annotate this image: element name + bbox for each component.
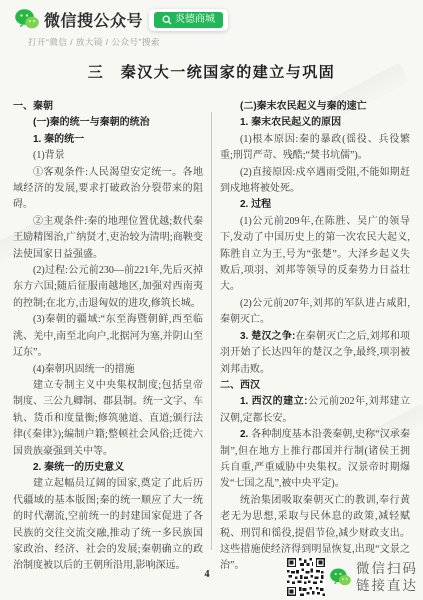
paragraph: ①客观条件:人民渴望安定统一。各地域经济的发展,要求打破政治分裂带来的阻碍。	[13, 165, 203, 214]
paragraph: (3)秦朝的疆域:“东至海暨朝鲜,西至临洮、羌中,南至北向户,北据河为塞,并阴山…	[13, 312, 203, 361]
qr-code	[287, 558, 325, 596]
scan-footer: 微信扫码 链接直达	[287, 558, 418, 596]
paragraph-text: 建立起幅员辽阔的国家,奠定了此后历代疆域的基本版图;秦的统一顺应了大一统的时代潮…	[13, 478, 203, 571]
paragraph-text: (1)根本原因:秦的暴政(徭役、兵役繁重;刑罚严苛、残酷;“焚书坑儒”)。	[220, 134, 410, 161]
paragraph: ②主观条件:秦的地理位置优越;数代秦王励精图治,广纳贤才,吏治较为清明;商鞅变法…	[13, 214, 203, 263]
banner-title: 微信搜公众号	[44, 8, 143, 31]
paragraph-text: ①客观条件:人民渴望安定统一。各地域经济的发展,要求打破政治分裂带来的阻碍。	[13, 167, 203, 211]
scan-line-2: 链接直达	[356, 577, 418, 594]
paragraph-text: ②主观条件:秦的地理位置优越;数代秦王励精图治,广纳贤才,吏治较为清明;商鞅变法…	[13, 216, 203, 260]
paragraph: (1)根本原因:秦的暴政(徭役、兵役繁重;刑罚严苛、残酷;“焚书坑儒”)。	[220, 132, 410, 165]
paragraph: 1. 西汉的建立:公元前202年,刘邦建立汉朝,定都长安。	[220, 394, 410, 427]
search-badge-label: 炎德商城	[175, 14, 215, 26]
paragraph: (2)过程:公元前230—前221年,先后灭掉东方六国;随后征服南越地区,加强对…	[13, 263, 203, 312]
wechat-icon	[15, 9, 39, 30]
content-columns: 一、秦朝 (一)秦的统一与秦朝的统治 1. 秦的统一 (1)背景 ①客观条件:人…	[13, 99, 411, 550]
section-heading: (一)秦的统一与秦朝的统治	[13, 115, 203, 131]
paragraph: 3. 楚汉之争:在秦朝灭亡之后,刘邦和项羽开始了长达四年的楚汉之争,最终,项羽被…	[220, 329, 410, 378]
paragraph-lead: (一)秦的统一与秦朝的统治	[33, 117, 150, 128]
section-heading: 1. 秦的统一	[13, 132, 203, 148]
paragraph-text: 建立专制主义中央集权制度;包括皇帝制度、三公九卿制、郡县制。统一文字、车轨、货币…	[13, 380, 203, 457]
paragraph-text: (3)秦朝的疆域:“东至海暨朝鲜,西至临洮、羌中,南至北向户,北据河为塞,并阴山…	[13, 314, 203, 358]
paragraph-lead: 2.	[240, 429, 251, 440]
paragraph-lead: 二、西汉	[220, 380, 260, 391]
page-title: 三 秦汉大一统国家的建立与巩固	[0, 61, 423, 82]
wechat-search-banner: 微信搜公众号 炎德商城 打开“微信 / 放大镜 / 公众号”搜索	[15, 8, 228, 48]
paragraph: 建立起幅员辽阔的国家,奠定了此后历代疆域的基本版图;秦的统一顺应了大一统的时代潮…	[13, 476, 203, 574]
section-heading: 1. 秦末农民起义的原因	[220, 115, 410, 131]
paragraph-text: (1)背景	[33, 150, 65, 161]
section-heading: 二、西汉	[220, 378, 410, 394]
paragraph-text: (1)公元前209年,在陈胜、吴广的领导下,发动了中国历史上的第一次农民大起义,…	[220, 216, 410, 293]
paragraph: (2)公元前207年,刘邦的军队进占咸阳,秦朝灭亡。	[220, 296, 410, 329]
paragraph: (4)秦朝巩固统一的措施	[13, 362, 203, 378]
banner-hint: 打开“微信 / 放大镜 / 公众号”搜索	[28, 36, 228, 48]
scan-line-1: 微信扫码	[356, 560, 418, 577]
right-column: (二)秦末农民起义与秦的速亡 1. 秦末农民起义的原因 (1)根本原因:秦的暴政…	[220, 99, 410, 550]
paragraph-lead: 一、秦朝	[13, 101, 53, 112]
scan-text: 微信扫码 链接直达	[356, 560, 418, 594]
paragraph-lead: 1. 秦末农民起义的原因	[240, 117, 341, 128]
paragraph-lead: 2. 过程	[240, 199, 271, 210]
paragraph-lead: 1. 西汉的建立:	[240, 396, 307, 407]
paragraph: 2. 各种制度基本沿袭秦朝,史称“汉承秦制”,但在地方上推行郡国并行制(诸侯王拥…	[220, 427, 410, 493]
section-heading: 一、秦朝	[13, 99, 203, 115]
paragraph: (2)直接原因:戍卒遇雨受阻,不能如期赶到戍地将被处死。	[220, 165, 410, 198]
search-icon	[162, 15, 172, 25]
paragraph-text: (2)直接原因:戍卒遇雨受阻,不能如期赶到戍地将被处死。	[220, 167, 410, 194]
column-divider	[211, 112, 212, 550]
section-heading: 2. 秦统一的历史意义	[13, 460, 203, 476]
search-badge-button[interactable]: 炎德商城	[154, 12, 223, 28]
search-badge-card: 炎德商城	[149, 9, 228, 31]
paragraph: (1)背景	[13, 148, 203, 164]
left-column: 一、秦朝 (一)秦的统一与秦朝的统治 1. 秦的统一 (1)背景 ①客观条件:人…	[13, 99, 203, 550]
paragraph-lead: 1. 秦的统一	[33, 134, 84, 145]
section-heading: 2. 过程	[220, 197, 410, 213]
paragraph-text: (2)公元前207年,刘邦的军队进占咸阳,秦朝灭亡。	[220, 298, 410, 325]
paragraph: 建立专制主义中央集权制度;包括皇帝制度、三公九卿制、郡县制。统一文字、车轨、货币…	[13, 378, 203, 460]
paragraph-text: (4)秦朝巩固统一的措施	[33, 364, 135, 375]
paragraph-lead: (二)秦末农民起义与秦的速亡	[240, 101, 367, 112]
paragraph-lead: 3. 楚汉之争:	[240, 331, 295, 342]
section-heading: (二)秦末农民起义与秦的速亡	[220, 99, 410, 115]
page: { "header": { "app_title": "微信搜公众号", "ba…	[0, 0, 423, 600]
paragraph-text: (2)过程:公元前230—前221年,先后灭掉东方六国;随后征服南越地区,加强对…	[13, 265, 203, 309]
wechat-icon	[330, 568, 351, 587]
paragraph-lead: 2. 秦统一的历史意义	[33, 462, 124, 473]
paragraph: (1)公元前209年,在陈胜、吴广的领导下,发动了中国历史上的第一次农民大起义,…	[220, 214, 410, 296]
